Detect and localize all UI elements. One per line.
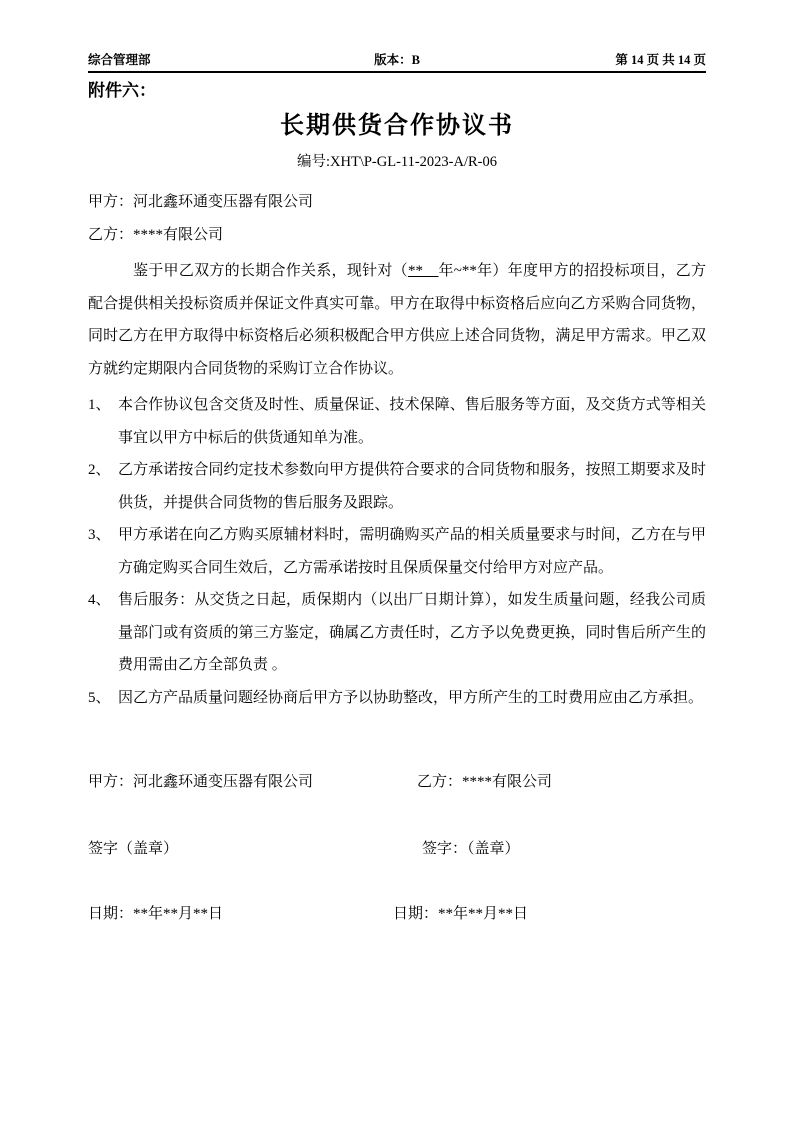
intro-text-after: 年~**年）年度甲方的招投标项目，乙方配合提供相关投标资质并保证文件真实可靠。甲… xyxy=(88,263,706,377)
intro-paragraph: 鉴于甲乙双方的长期合作关系，现针对（** 年~**年）年度甲方的招投标项目，乙方… xyxy=(88,255,706,385)
signature-date-a: 日期：**年**月**日 xyxy=(88,906,223,922)
party-a-line: 甲方：河北鑫环通变压器有限公司 xyxy=(88,186,706,219)
signature-sign-row: 签字（盖章） 签字：（盖章） xyxy=(88,833,706,866)
item-text: 乙方承诺按合同约定技术参数向甲方提供符合要求的合同货物和服务，按照工期要求及时供… xyxy=(118,454,706,519)
agreement-item-1: 1、 本合作协议包含交货及时性、质量保证、技术保障、售后服务等方面，及交货方式等… xyxy=(88,389,706,454)
agreement-item-3: 3、 甲方承诺在向乙方购买原辅材料时，需明确购买产品的相关质量要求与时间，乙方在… xyxy=(88,519,706,584)
item-text: 本合作协议包含交货及时性、质量保证、技术保障、售后服务等方面，及交货方式等相关事… xyxy=(118,389,706,454)
item-number: 3、 xyxy=(88,519,118,584)
item-text: 因乙方产品质量问题经协商后甲方予以协助整改，甲方所产生的工时费用应由乙方承担。 xyxy=(118,682,706,715)
intro-blank-underline: ** xyxy=(408,263,439,279)
signature-date-row: 日期：**年**月**日 日期：**年**月**日 xyxy=(88,898,706,931)
item-number: 5、 xyxy=(88,682,118,715)
item-text: 售后服务：从交货之日起，质保期内（以出厂日期计算），如发生质量问题，经我公司质量… xyxy=(118,584,706,682)
running-header: 综合管理部 版本：B 第 14 页 共 14 页 xyxy=(88,52,706,73)
item-number: 1、 xyxy=(88,389,118,454)
item-number: 4、 xyxy=(88,584,118,682)
party-b-line: 乙方：****有限公司 xyxy=(88,219,706,252)
document-title: 长期供货合作协议书 xyxy=(88,110,706,142)
header-version: 版本：B xyxy=(294,52,500,68)
header-department: 综合管理部 xyxy=(88,52,294,68)
document-page: 综合管理部 版本：B 第 14 页 共 14 页 附件六： 长期供货合作协议书 … xyxy=(0,0,794,1123)
attachment-label: 附件六： xyxy=(88,80,706,102)
item-number: 2、 xyxy=(88,454,118,519)
signature-party-a: 甲方：河北鑫环通变压器有限公司 xyxy=(88,774,313,790)
agreement-item-4: 4、 售后服务：从交货之日起，质保期内（以出厂日期计算），如发生质量问题，经我公… xyxy=(88,584,706,682)
agreement-item-2: 2、 乙方承诺按合同约定技术参数向甲方提供符合要求的合同货物和服务，按照工期要求… xyxy=(88,454,706,519)
signature-sign-a: 签字（盖章） xyxy=(88,841,178,857)
signature-sign-b: 签字：（盖章） xyxy=(422,833,520,866)
intro-text-before: 鉴于甲乙双方的长期合作关系，现针对（ xyxy=(133,263,408,279)
document-number: 编号:XHT\P-GL-11-2023-A/R-06 xyxy=(88,152,706,172)
signature-parties-row: 甲方：河北鑫环通变压器有限公司 乙方：****有限公司 xyxy=(88,766,706,799)
agreement-item-5: 5、 因乙方产品质量问题经协商后甲方予以协助整改，甲方所产生的工时费用应由乙方承… xyxy=(88,682,706,715)
item-text: 甲方承诺在向乙方购买原辅材料时，需明确购买产品的相关质量要求与时间，乙方在与甲方… xyxy=(118,519,706,584)
agreement-list: 1、 本合作协议包含交货及时性、质量保证、技术保障、售后服务等方面，及交货方式等… xyxy=(88,389,706,714)
header-page-number: 第 14 页 共 14 页 xyxy=(500,52,706,68)
signature-party-b: 乙方：****有限公司 xyxy=(417,766,552,799)
signature-date-b: 日期：**年**月**日 xyxy=(393,898,528,931)
